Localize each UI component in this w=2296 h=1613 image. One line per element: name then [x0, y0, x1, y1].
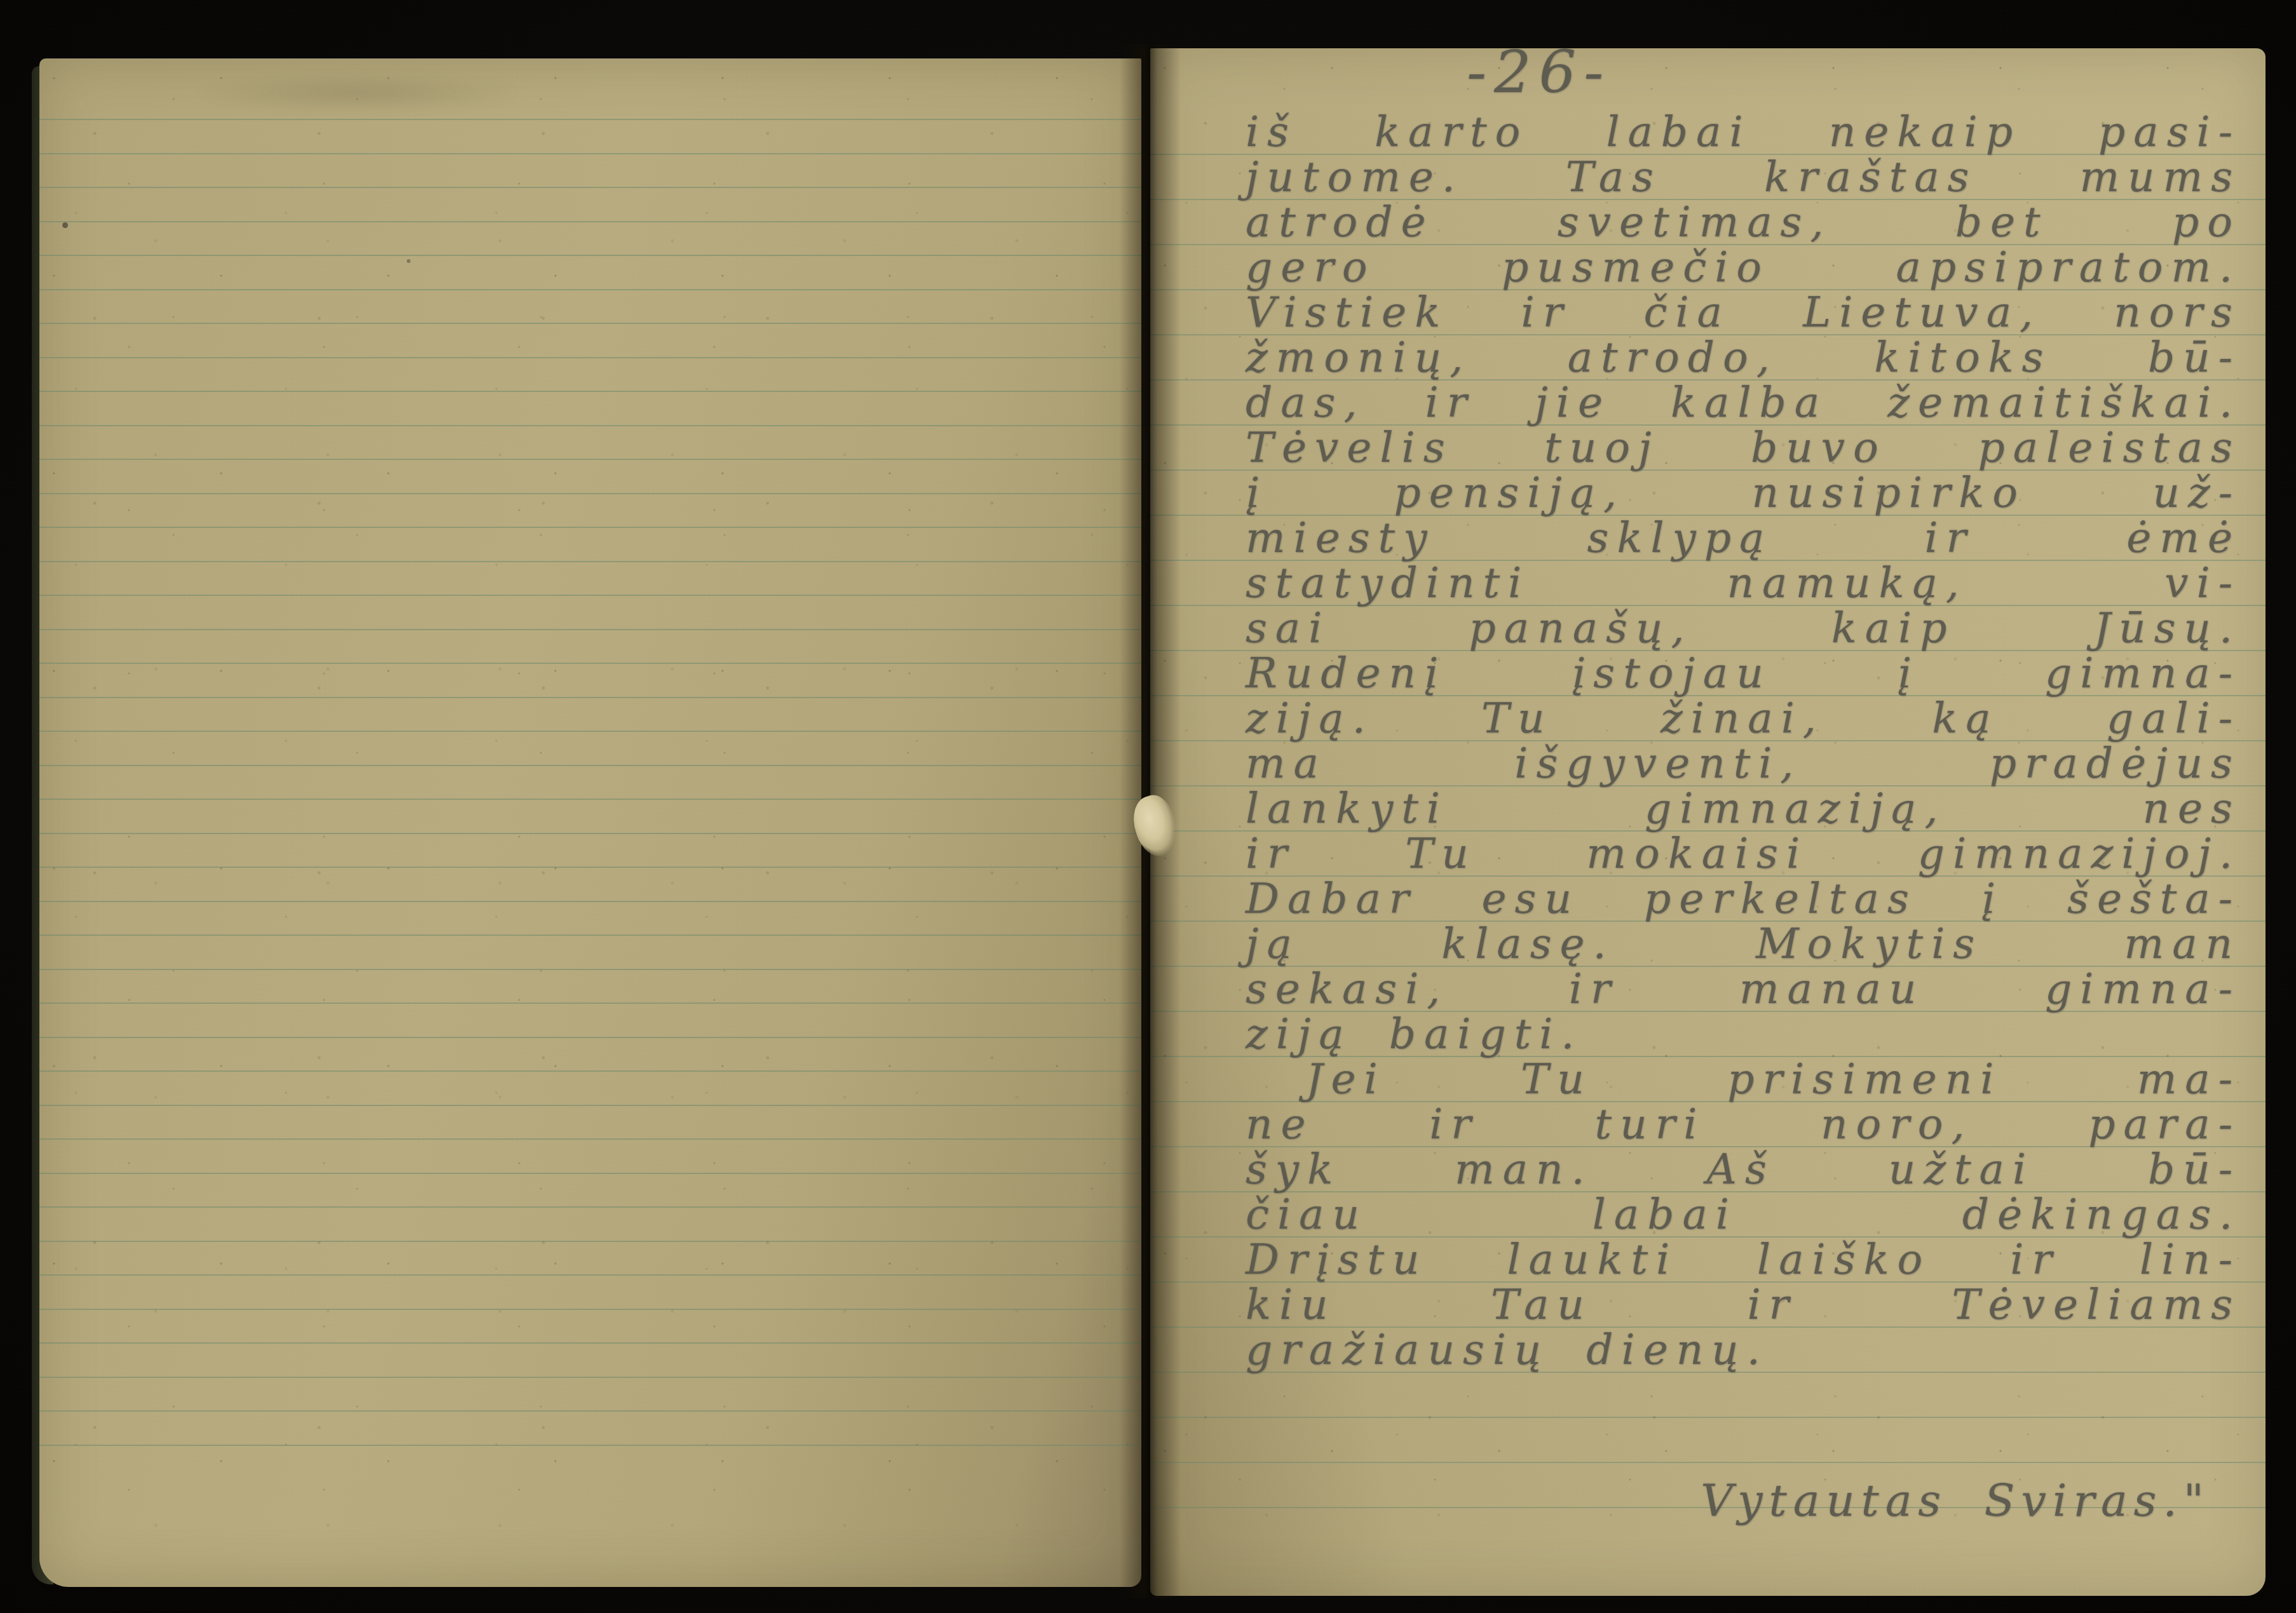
handwriting-line: žmonių, atrodo, kitoks bū-: [1246, 335, 2241, 380]
handwriting-line: das, ir jie kalba žemaitiškai.: [1246, 380, 2241, 425]
handwriting-line: iš karto labai nekaip pasi-: [1246, 109, 2241, 154]
handwriting-line: Drįstu laukti laiško ir lin-: [1246, 1237, 2241, 1282]
handwriting-line: Jei Tu prisimeni ma-: [1246, 1056, 2241, 1102]
handwriting-line: į pensiją, nusipirko už-: [1246, 470, 2241, 515]
right-page: -26- iš karto labai nekaip pasi-jutome. …: [1150, 48, 2265, 1596]
page-number: -26-: [1467, 38, 1611, 106]
signature: Vytautas Sviras.": [1246, 1478, 2241, 1523]
handwriting-line: ziją. Tu žinai, ką gali-: [1246, 696, 2241, 741]
handwriting-line: sai panašų, kaip Jūsų.: [1246, 605, 2241, 651]
notebook-scan: -26- iš karto labai nekaip pasi-jutome. …: [0, 0, 2296, 1613]
handwriting-line: ziją baigti.: [1246, 1011, 2241, 1056]
handwriting-line: Tėvelis tuoj buvo paleistas: [1246, 425, 2241, 470]
handwriting-line: statydinti namuką, vi-: [1246, 560, 2241, 605]
handwriting-line: ma išgyventi, pradėjus: [1246, 741, 2241, 786]
ink-speck: [407, 259, 411, 263]
handwriting-line: atrodė svetimas, bet po: [1246, 199, 2241, 245]
ruled-lines-left: [39, 119, 1141, 1478]
handwriting-line: šyk man. Aš užtai bū-: [1246, 1147, 2241, 1192]
handwriting-line: ne ir turi noro, para-: [1246, 1102, 2241, 1147]
handwriting-line: sekasi, ir manau gimna-: [1246, 966, 2241, 1011]
ink-speck: [62, 222, 68, 228]
handwriting-line: lankyti gimnaziją, nes: [1246, 786, 2241, 831]
handwriting-line: gražiausių dienų.: [1246, 1327, 2241, 1372]
handwriting-line: jutome. Tas kraštas mums: [1246, 154, 2241, 199]
handwriting-line: čiau labai dėkingas.: [1246, 1192, 2241, 1237]
handwriting-lines: iš karto labai nekaip pasi-jutome. Tas k…: [1246, 109, 2241, 1372]
handwriting-line: miesty sklypą ir ėmė: [1246, 515, 2241, 560]
handwriting-line: gero pusmečio apsipratom.: [1246, 245, 2241, 290]
left-page: [39, 58, 1141, 1587]
handwriting-line: Dabar esu perkeltas į šešta-: [1246, 876, 2241, 921]
handwriting-line: Rudenį įstojau į gimna-: [1246, 651, 2241, 696]
ink-smudge: [192, 72, 522, 113]
handwriting-line: kiu Tau ir Tėveliams: [1246, 1282, 2241, 1327]
handwriting-line: ir Tu mokaisi gimnazijoj.: [1246, 831, 2241, 876]
handwriting-line: Vistiek ir čia Lietuva, nors: [1246, 290, 2241, 335]
handwriting-line: ją klasę. Mokytis man: [1246, 921, 2241, 966]
